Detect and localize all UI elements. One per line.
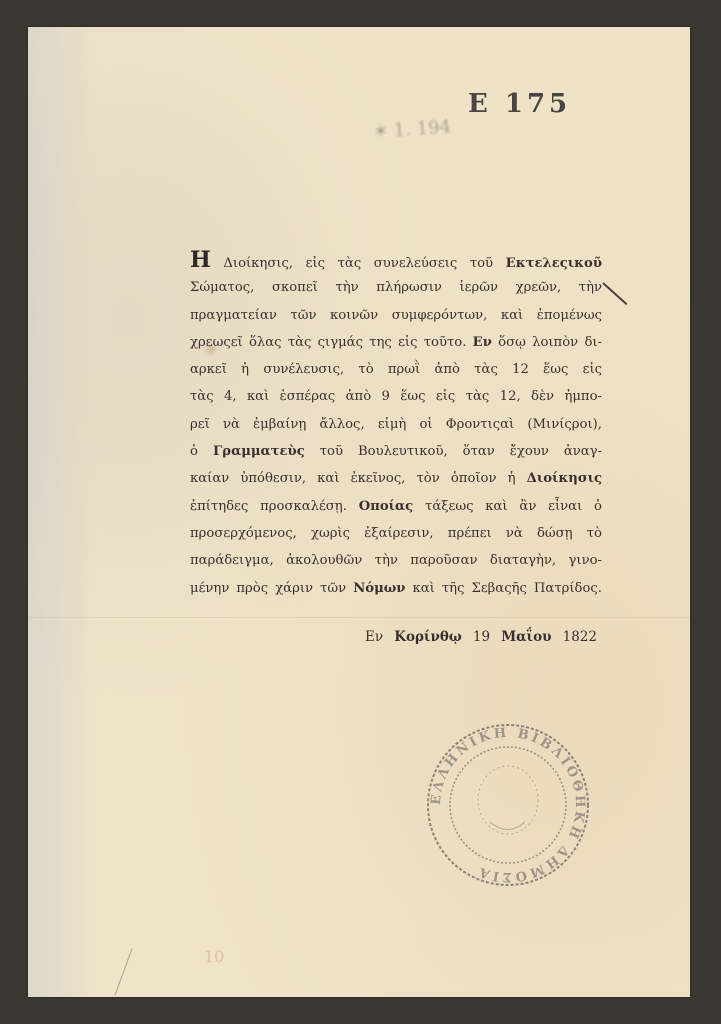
- place-name: Κορίνθῳ: [394, 629, 461, 645]
- text-line: παράδειγμα, ἀκολουθῶν τὴν παροῦσαν διατα…: [190, 547, 602, 574]
- place-prefix: Εν: [365, 629, 383, 645]
- date-place-line: Εν Κορίνθῳ 19 Μαΐου 1822: [365, 629, 597, 645]
- paper-discoloration: [28, 27, 88, 997]
- proclamation-text: Η Διοίκησις, εἰς τὰς συνελεύσεις τοῦ Εκτ…: [190, 247, 602, 602]
- text-line: ρεῖ νὰ ἐμβαίνῃ ἄλλος, εἰμὴ οἱ Φροντιςαὶ …: [190, 411, 602, 438]
- text-line: αρκεῖ ἡ συνέλευσις, τὸ πρωῒ ἀπὸ τὰς 12 ἕ…: [190, 356, 602, 383]
- text-line: χρεωςεῖ ὅλας τὰς ςιγμάς της εἰς τοῦτο. Ε…: [190, 329, 602, 356]
- date-day: 19: [473, 629, 490, 645]
- drop-cap: Η: [190, 247, 211, 273]
- catalog-number: E 175: [468, 89, 571, 119]
- paper-tear: [114, 948, 132, 995]
- svg-text:ΕΛΛΗΝΙΚΗ ΒΙΒΛΙΟΘΗΚΗ ΔΗΜΟΣΙΑ: ΕΛΛΗΝΙΚΗ ΒΙΒΛΙΟΘΗΚΗ ΔΗΜΟΣΙΑ: [429, 726, 587, 885]
- text-line: Η Διοίκησις, εἰς τὰς συνελεύσεις τοῦ Εκτ…: [190, 247, 602, 274]
- text-line: Σώματος, σκοπεῖ τὴν πλήρωσιν ἱερῶν χρεῶν…: [190, 274, 602, 301]
- text-line: τὰς 4, καὶ ἑσπέρας ἀπὸ 9 ἕως εἰς τὰς 12,…: [190, 383, 602, 410]
- faint-pencil-note: ✶ 1. 194: [372, 116, 451, 142]
- text-line: μένην πρὸς χάριν τῶν Νόμων καὶ τῆς Σεβας…: [190, 575, 602, 602]
- red-margin-mark: 10: [204, 947, 224, 966]
- document-page: E 175 ✶ 1. 194 Η Διοίκησις, εἰς τὰς συνε…: [28, 27, 690, 997]
- pen-stroke-mark: [602, 282, 627, 305]
- library-stamp-icon: ΕΛΛΗΝΙΚΗ ΒΙΒΛΙΟΘΗΚΗ ΔΗΜΟΣΙΑ: [425, 722, 591, 888]
- text-line: καίαν ὑπόθεσιν, καὶ ἐκεῖνος, τὸν ὁποῖον …: [190, 465, 602, 492]
- text-line: πραγματείαν τῶν κοινῶν συμφερόντων, καὶ …: [190, 302, 602, 329]
- date-year: 1822: [563, 629, 597, 645]
- text-line: ἐπίτηδες προσκαλέσῃ. Οποίας τάξεως καὶ ἂ…: [190, 493, 602, 520]
- fold-crease: [28, 617, 690, 618]
- text-line: ὁ Γραμματεὺς τοῦ Βουλευτικοῦ, ὅταν ἔχουν…: [190, 438, 602, 465]
- text-line: προσερχόμενος, χωρὶς ἐξαίρεσιν, πρέπει ν…: [190, 520, 602, 547]
- date-month: Μαΐου: [501, 629, 551, 645]
